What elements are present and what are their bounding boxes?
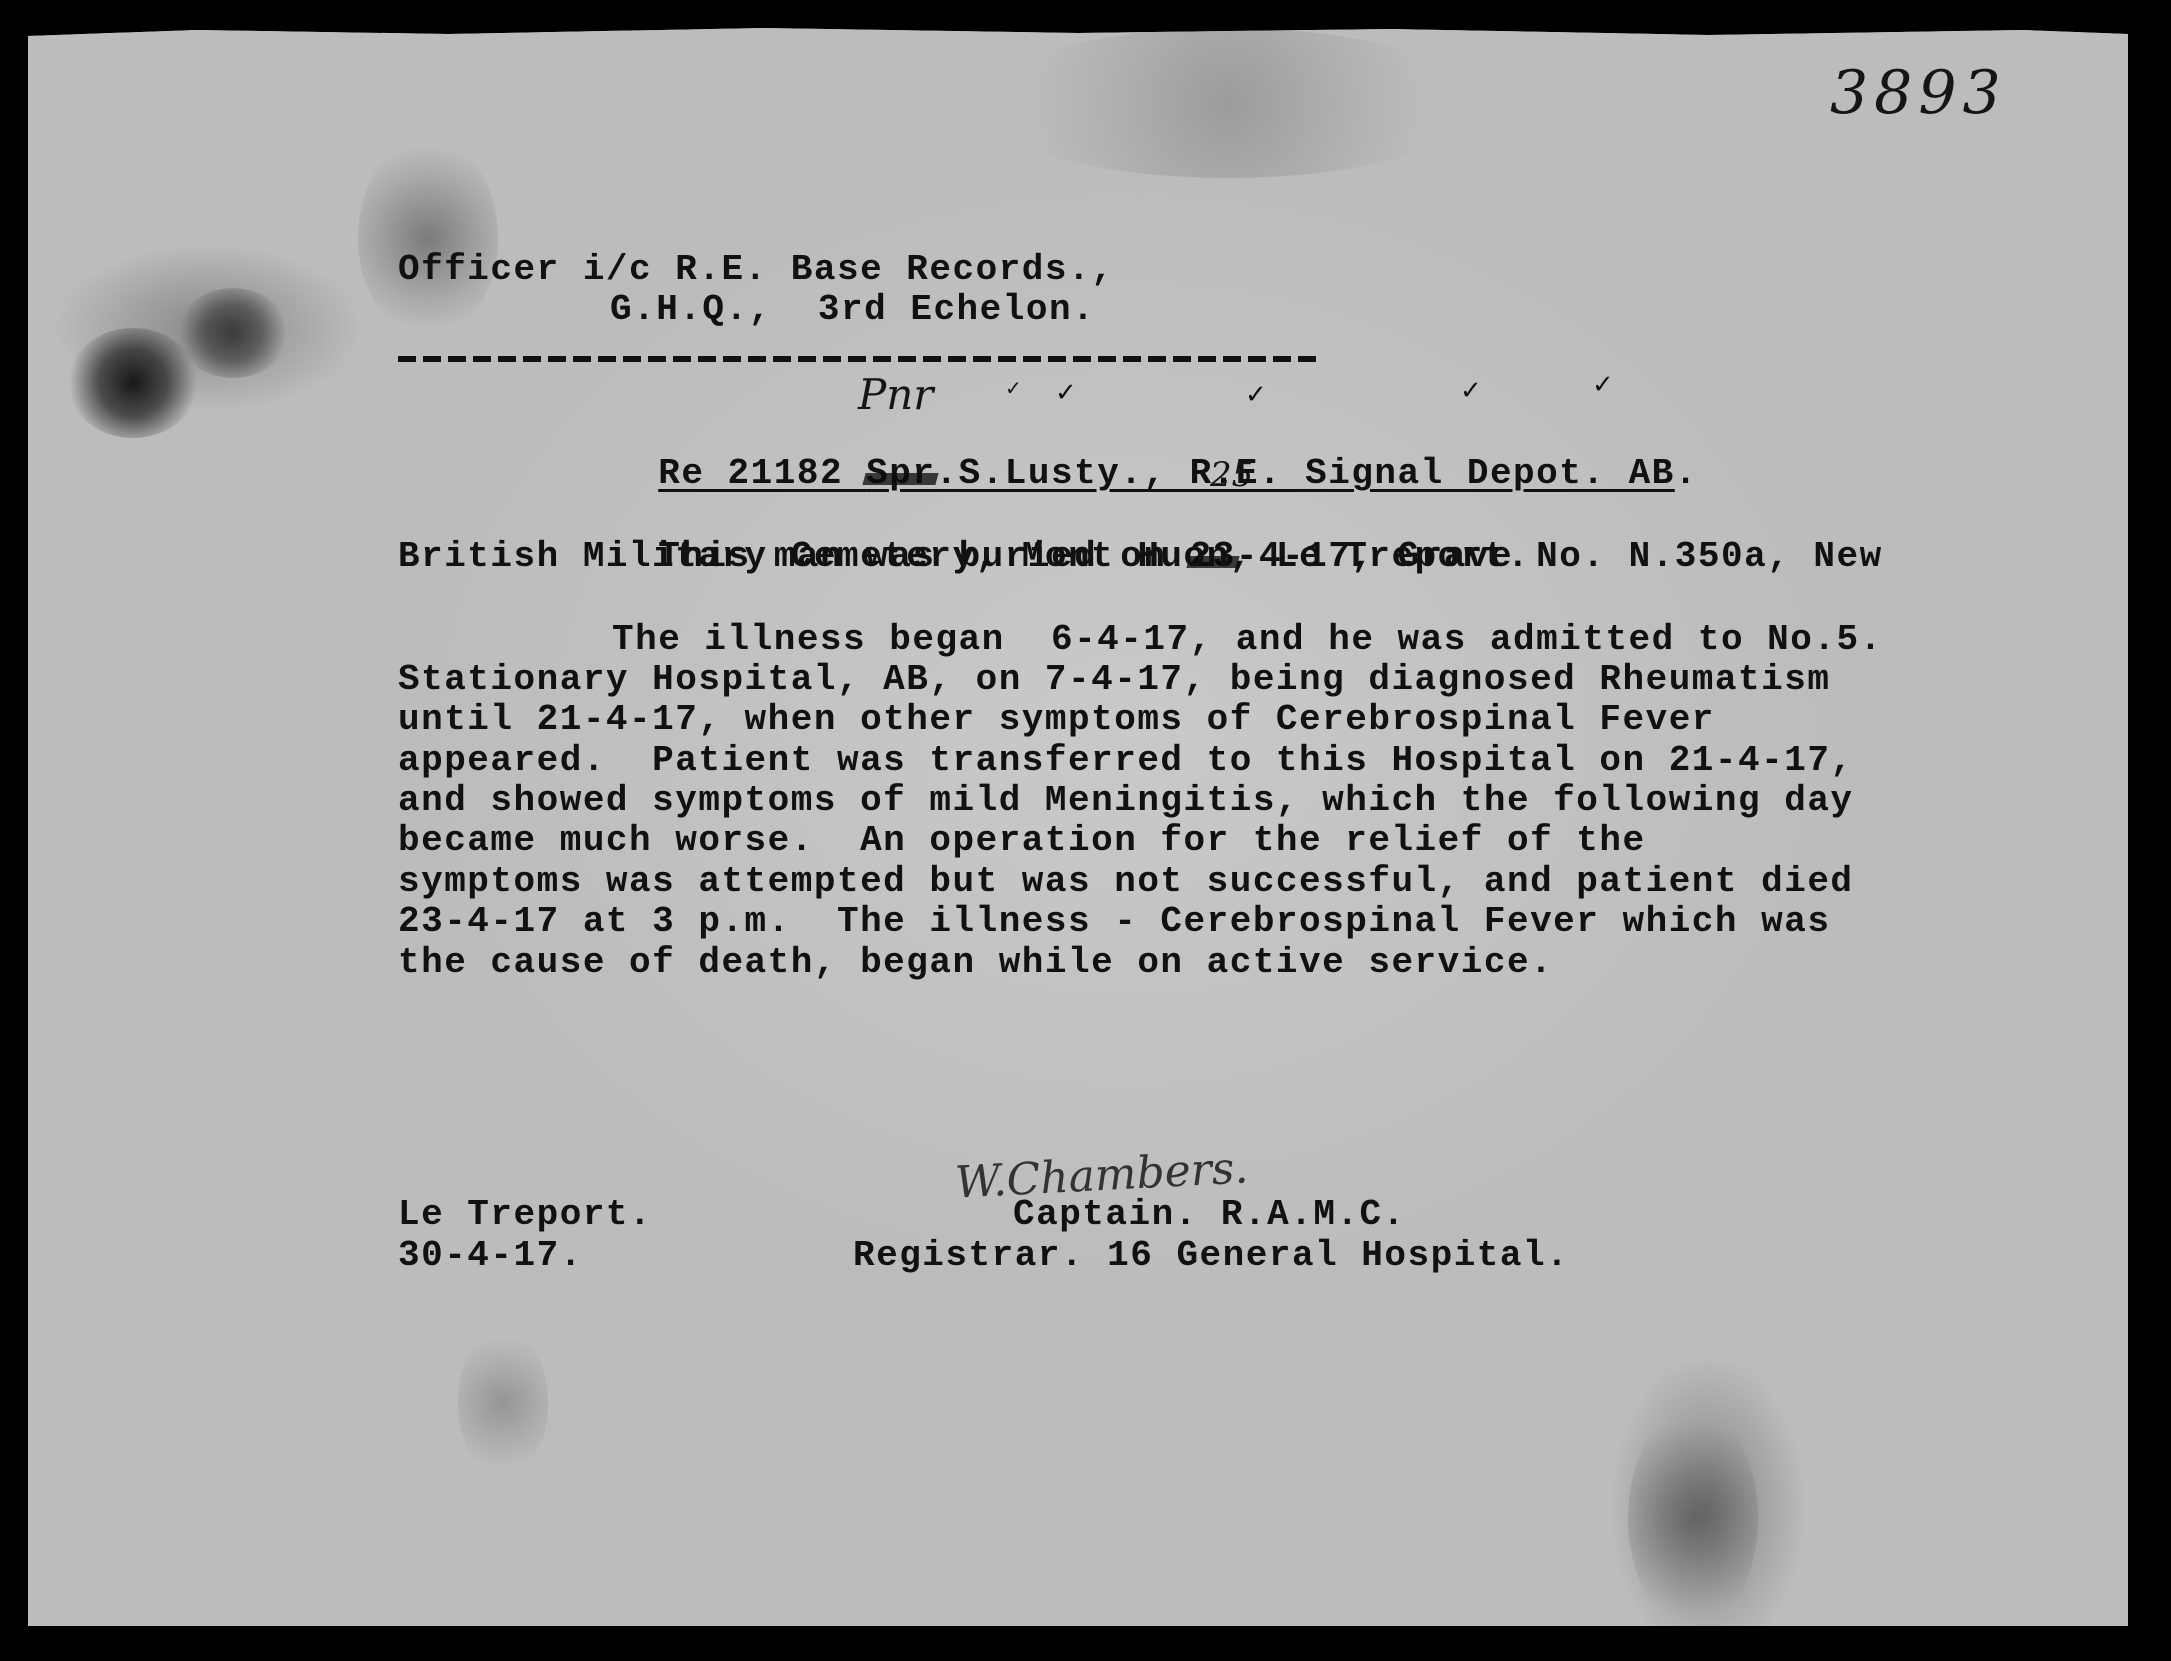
subject-prefix: Re 21182 <box>658 453 866 494</box>
signatory-rank: Captain. R.A.M.C. <box>1013 1195 1406 1235</box>
subject-line: Re 21182 Spr.S.Lusty., R.E. Signal Depot… <box>612 414 1698 494</box>
check-mark: ✓ <box>1245 380 1267 410</box>
smudge <box>1628 1408 1758 1628</box>
handwritten-rank: Pnr <box>858 370 933 419</box>
pencil-marks <box>978 28 1478 178</box>
check-mark: ✓ <box>1055 378 1077 408</box>
footer-date: 30-4-17. <box>398 1236 583 1276</box>
illness-line-9: the cause of death, began while on activ… <box>398 943 1553 983</box>
signatory-title: Registrar. 16 General Hospital. <box>853 1236 1569 1276</box>
burn-stain <box>68 328 198 438</box>
archive-number: 3893 <box>1830 58 2007 128</box>
subject-name-unit: .S.Lusty., R.E. Signal Depot. AB <box>935 453 1674 494</box>
handwritten-day-correction: 25 <box>1210 455 1253 495</box>
burn-stain <box>178 288 288 378</box>
footer-place: Le Treport. <box>398 1195 652 1235</box>
illness-line-1: The illness began 6-4-17, and he was adm… <box>612 620 1883 660</box>
smudge <box>358 138 498 338</box>
addressee-line-2: G.H.Q., 3rd Echelon. <box>610 290 1095 330</box>
smudge <box>458 1328 548 1478</box>
illness-line-8: 23-4-17 at 3 p.m. The illness - Cerebros… <box>398 902 1830 942</box>
illness-line-6: became much worse. An operation for the … <box>398 821 1646 861</box>
illness-line-7: symptoms was attempted but was not succe… <box>398 862 1854 902</box>
check-mark: ✓ <box>1460 376 1482 406</box>
burial-line-2: British Military Cemetery, Mont Huon, Le… <box>398 537 1530 577</box>
illness-line-2: Stationary Hospital, AB, on 7-4-17, bein… <box>398 660 1830 700</box>
struck-rank: Spr <box>866 453 935 494</box>
illness-line-4: appeared. Patient was transferred to thi… <box>398 741 1854 781</box>
check-mark: ✓ <box>1592 370 1614 400</box>
check-mark: ✓ <box>1005 376 1022 400</box>
illness-line-3: until 21-4-17, when other symptoms of Ce… <box>398 700 1715 740</box>
illness-line-5: and showed symptoms of mild Meningitis, … <box>398 781 1854 821</box>
addressee-line-1: Officer i/c R.E. Base Records., <box>398 250 1114 290</box>
separator-line <box>398 356 1318 362</box>
subject-trailing: . <box>1675 453 1698 494</box>
